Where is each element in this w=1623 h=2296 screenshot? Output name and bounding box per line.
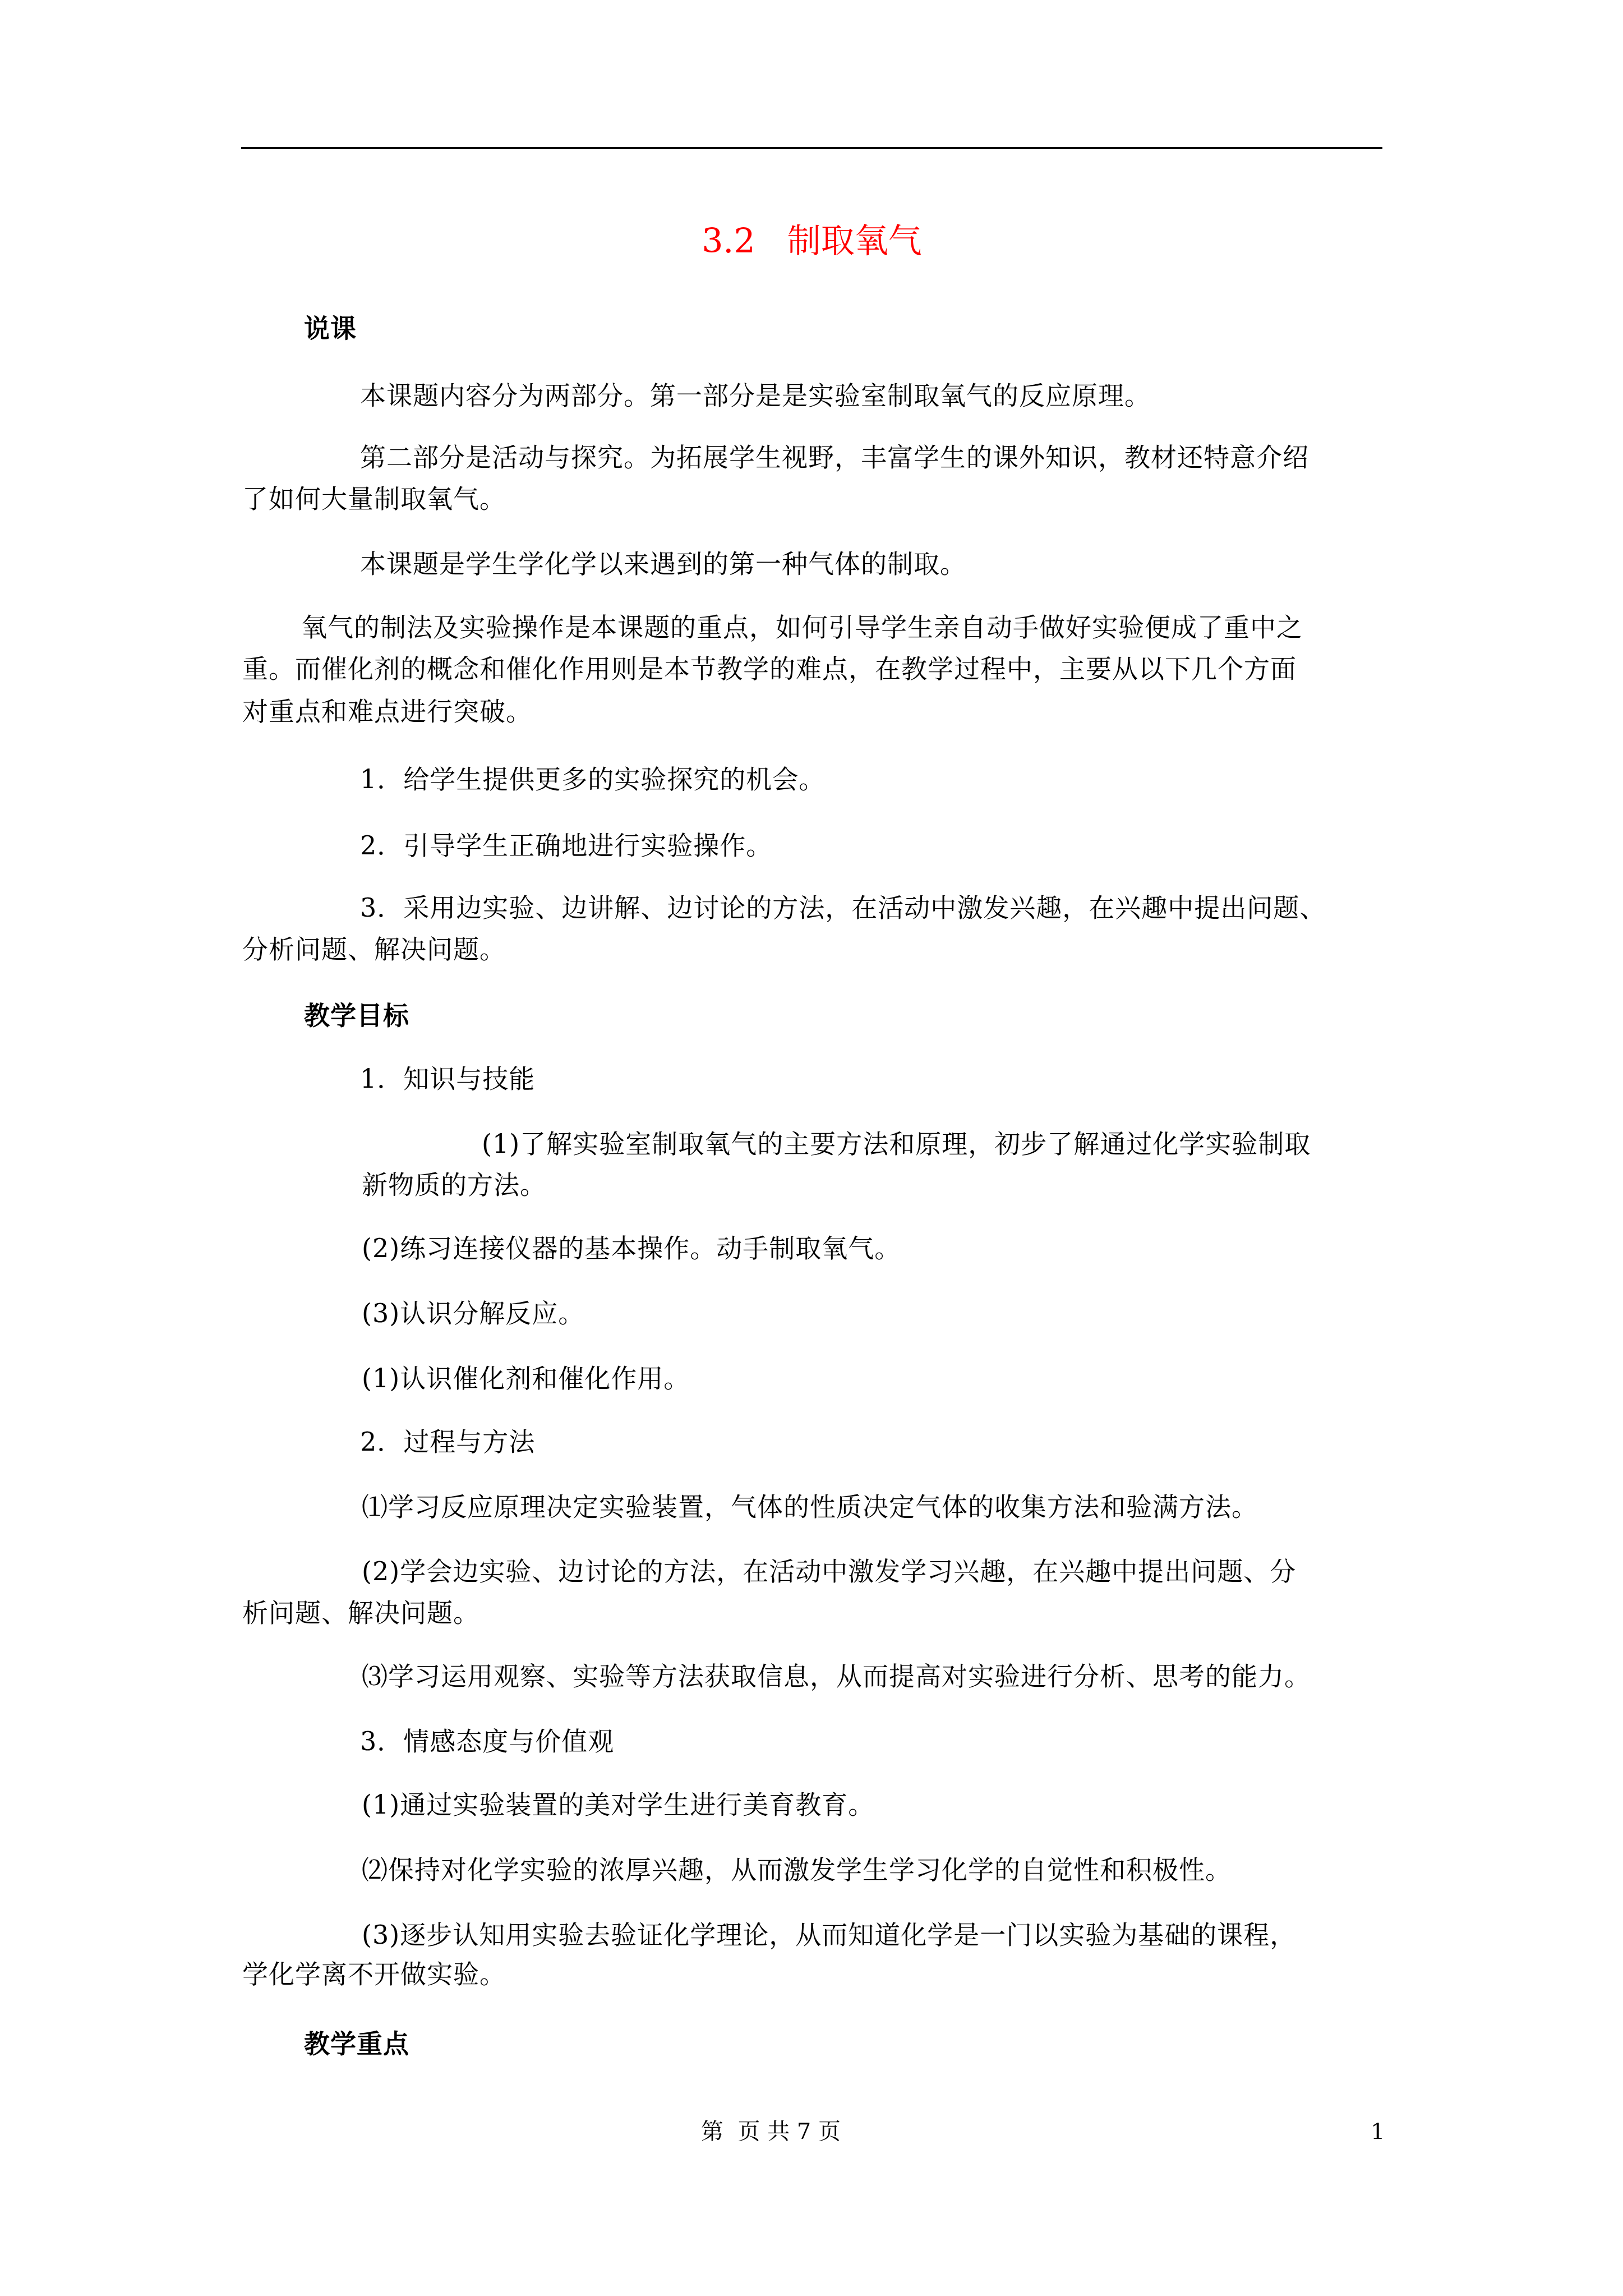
section-heading-shuoke: 说课 [304,307,357,349]
paragraph: 本课题内容分为两部分。第一部分是是实验室制取氧气的反应原理。 [360,375,1151,416]
paragraph: 本课题是学生学化学以来遇到的第一种气体的制取。 [360,543,966,585]
page-title: 3.2 制取氧气 [241,216,1382,266]
subsection-heading: 2．过程与方法 [360,1421,535,1462]
paragraph-continuation: 对重点和难点进行突破。 [242,691,532,732]
list-item: ⑵保持对化学实验的浓厚兴趣，从而激发学生学习化学的自觉性和积极性。 [362,1849,1232,1890]
list-item: 3．采用边实验、边讲解、边讨论的方法，在活动中激发兴趣，在兴趣中提出问题、 [360,887,1326,928]
list-item: (2)学会边实验、边讨论的方法，在活动中激发学习兴趣，在兴趣中提出问题、分 [362,1550,1296,1592]
header-rule [241,147,1382,149]
list-item: (1)通过实验装置的美对学生进行美育教育。 [362,1784,874,1825]
list-item: (3)逐步认知用实验去验证化学理论，从而知道化学是一门以实验为基础的课程， [362,1914,1296,1955]
list-item: ⑴学习反应原理决定实验装置，气体的性质决定气体的收集方法和验满方法。 [362,1486,1258,1527]
list-item-continuation: 析问题、解决问题。 [242,1592,479,1634]
subsection-heading: 3．情感态度与价值观 [360,1720,614,1762]
paragraph-continuation: 重。而催化剂的概念和催化作用则是本节教学的难点，在教学过程中，主要从以下几个方面 [242,648,1297,689]
list-item-continuation: 分析问题、解决问题。 [242,928,506,970]
paragraph-continuation: 了如何大量制取氧气。 [242,478,506,519]
list-item: 2．引导学生正确地进行实验操作。 [360,825,772,866]
footer-page-info: 第 页 共 7 页 [701,2115,841,2148]
subsection-heading: 1．知识与技能 [360,1058,535,1099]
paragraph: 第二部分是活动与探究。为拓展学生视野，丰富学生的课外知识，教材还特意介绍 [360,436,1309,478]
list-item: (1)了解实验室制取氧气的主要方法和原理，初步了解通过化学实验制取 [482,1123,1311,1165]
section-heading-key-points: 教学重点 [304,2023,409,2064]
list-item-continuation: 学化学离不开做实验。 [242,1953,506,1995]
list-item: (3)认识分解反应。 [362,1292,584,1334]
list-item-continuation: 新物质的方法。 [362,1164,546,1205]
list-item: 1．给学生提供更多的实验探究的机会。 [360,758,825,800]
section-heading-goals: 教学目标 [304,995,409,1036]
list-item: (2)练习连接仪器的基本操作。动手制取氧气。 [362,1227,901,1269]
footer-page-number: 1 [1371,2115,1385,2148]
list-item: ⑶学习运用观察、实验等方法获取信息，从而提高对实验进行分析、思考的能力。 [362,1655,1311,1697]
paragraph: 氧气的制法及实验操作是本课题的重点，如何引导学生亲自动手做好实验便成了重中之 [301,606,1303,648]
list-item: (1)认识催化剂和催化作用。 [362,1358,690,1399]
